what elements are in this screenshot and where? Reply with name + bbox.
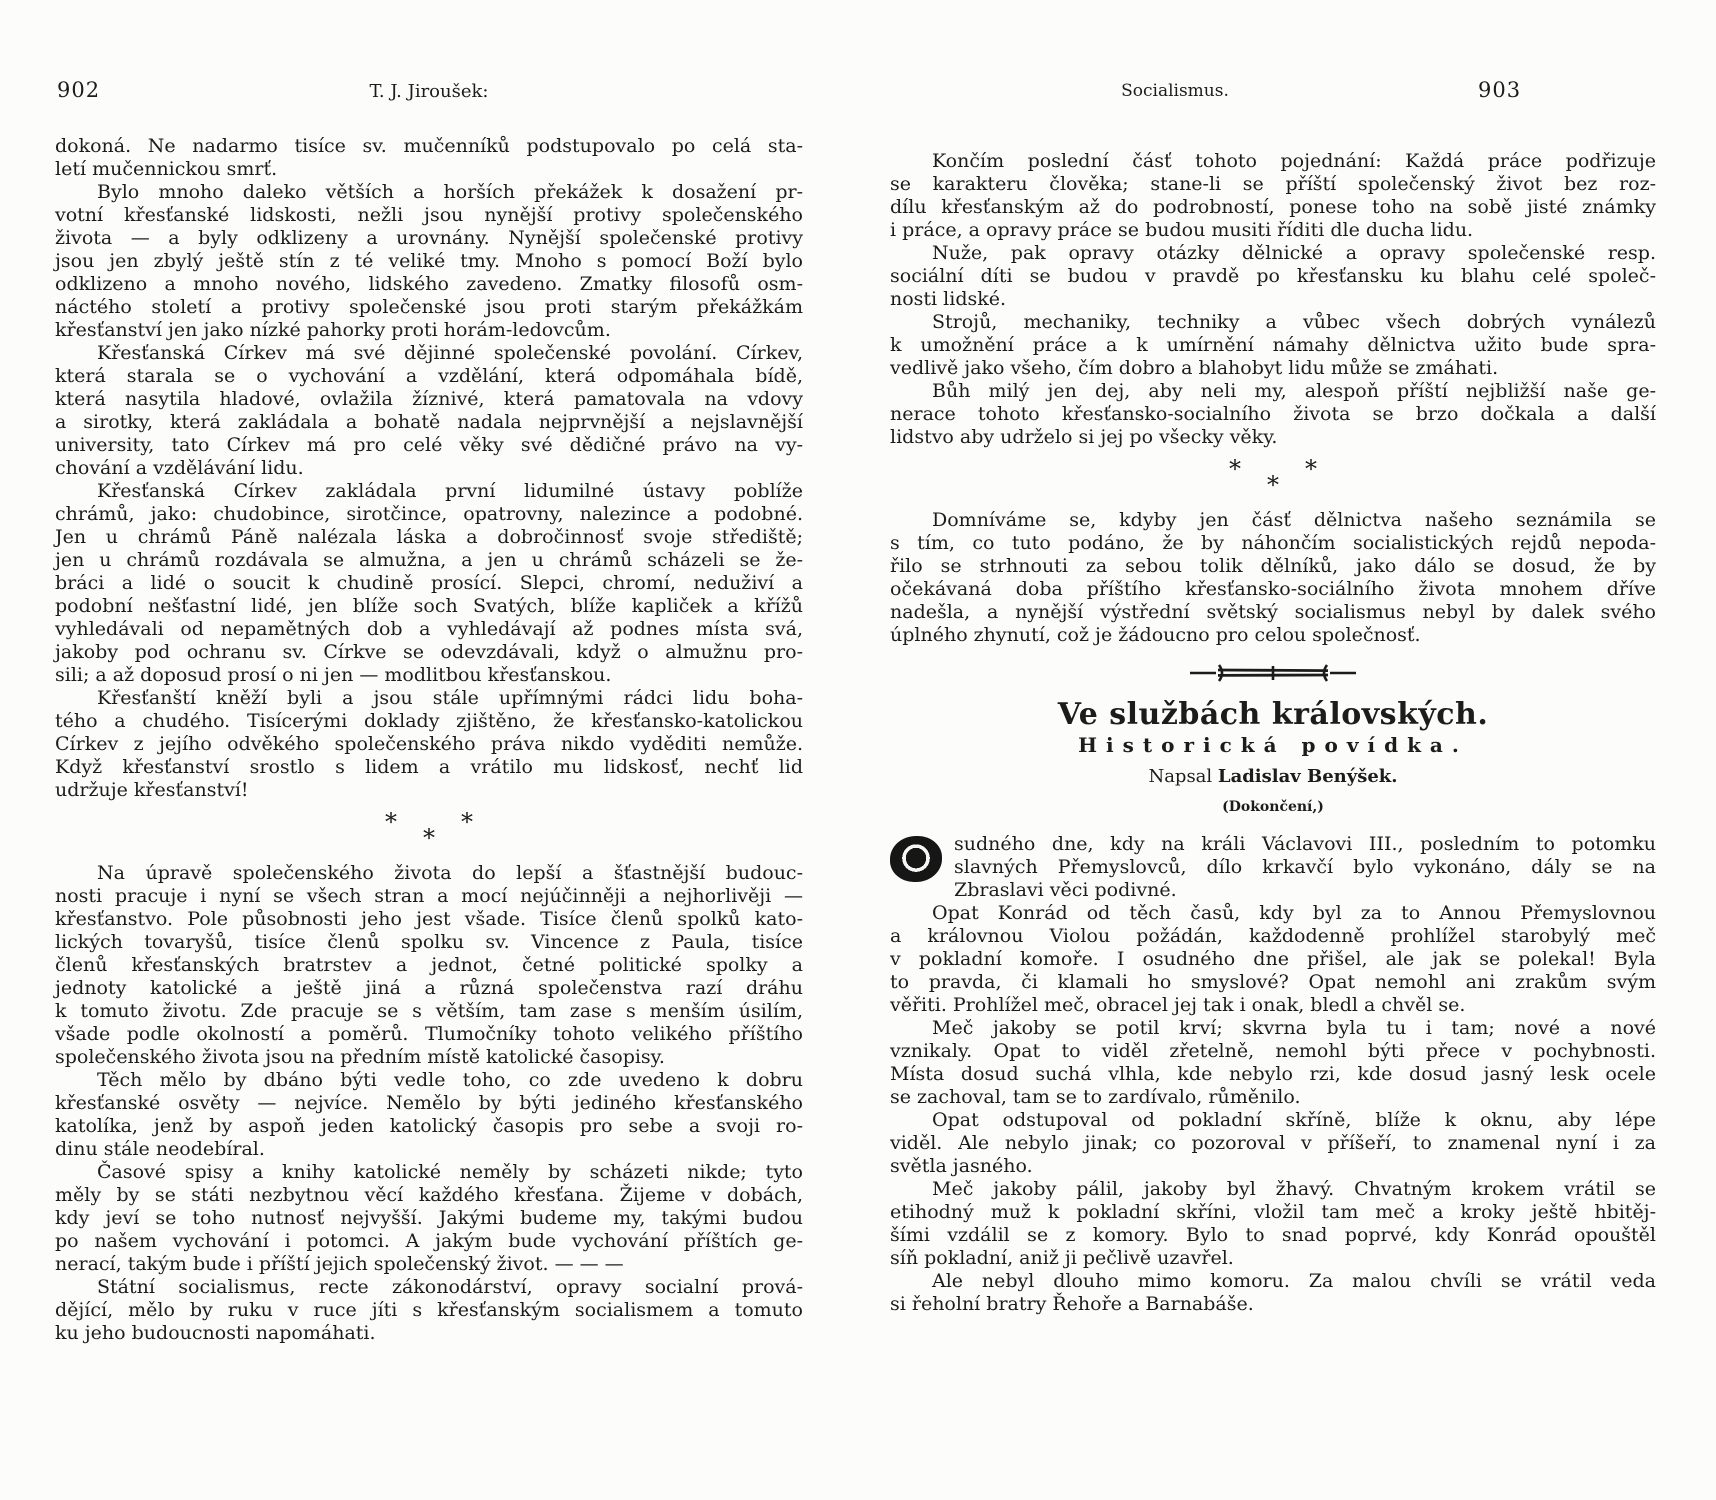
- text-line: letí mučennickou smrť.: [55, 158, 803, 181]
- asterism-bottom-row: *: [890, 477, 1656, 493]
- text-line: nosti pracuje i nyní se všech stran a mo…: [55, 885, 803, 908]
- text-line: života — a byly odklizeny a urovnány. Ny…: [55, 227, 803, 250]
- text-line: university, tato Církev má pro celé věky…: [55, 434, 803, 457]
- asterism-bottom-row: *: [55, 830, 803, 846]
- text-line: dinu stále neodebíral.: [55, 1138, 803, 1161]
- text-line: a královnou Violou požádán, každodenně p…: [890, 925, 1656, 948]
- text-line: Meč jakoby pálil, jakoby byl žhavý. Chva…: [890, 1178, 1656, 1201]
- text-line: šími vzdálil se z komory. Bylo to snad p…: [890, 1224, 1656, 1247]
- text-line: k umožnění práce a k umírnění námahy děl…: [890, 334, 1656, 357]
- paragraph: Nuže, pak opravy otázky dělnické a oprav…: [890, 242, 1656, 311]
- right-page-body: Končím poslední čásť tohoto pojednání: K…: [890, 150, 1656, 1316]
- right-page-header: Socialismus. 903: [890, 78, 1656, 108]
- text-line: jakoby pod ochranu sv. Církve se odevzdá…: [55, 641, 803, 664]
- text-line: Domníváme se, kdyby jen čásť dělnictva n…: [890, 509, 1656, 532]
- paragraph: Bylo mnoho daleko větších a horších přek…: [55, 181, 803, 342]
- text-line: vedlivě jako všeho, čím dobro a blahobyt…: [890, 357, 1656, 380]
- text-line: Strojů, mechaniky, techniky a vůbec všec…: [890, 311, 1656, 334]
- text-line: společenského života jsou na předním mís…: [55, 1046, 803, 1069]
- text-line: i práce, a opravy práce se budou musiti …: [890, 219, 1656, 242]
- text-line: všade podle okolností a poměrů. Tlumoční…: [55, 1023, 803, 1046]
- text-line: která starala se o vychování a vzdělání,…: [55, 365, 803, 388]
- asterisk: *: [423, 824, 435, 852]
- paragraph: Bůh milý jen dej, aby neli my, alespoň p…: [890, 380, 1656, 449]
- text-line: podobní nešťastní lidé, jen blíže soch S…: [55, 595, 803, 618]
- asterisk: *: [461, 814, 473, 830]
- paragraph: dokoná. Ne nadarmo tisíce sv. mučenníků …: [55, 135, 803, 181]
- paragraph: Křesťanská Církev zakládala první lidumi…: [55, 480, 803, 687]
- text-line: katolíka, jenž by aspoň jeden katolický …: [55, 1115, 803, 1138]
- text-line: dílu křesťanským až do podrobností, pone…: [890, 196, 1656, 219]
- divider-rule-graphic: [1188, 663, 1358, 683]
- text-line: Křesťanská Církev má své dějinné společe…: [55, 342, 803, 365]
- text-line: světla jasného.: [890, 1155, 1656, 1178]
- text-line: Bylo mnoho daleko větších a horších přek…: [55, 181, 803, 204]
- text-line: Když křesťanství srostlo s lidem a vráti…: [55, 756, 803, 779]
- text-line: ku jeho budoucnosti napomáhati.: [55, 1322, 803, 1345]
- text-line: Na úpravě společenského života do lepší …: [55, 862, 803, 885]
- text-line: to pravda, či klamali ho smyslové? Opat …: [890, 971, 1656, 994]
- completion-note: (Dokončení,): [890, 796, 1656, 819]
- story-title: Ve službách královských.: [890, 703, 1656, 726]
- paragraph: Ale nebyl dlouho mimo komoru. Za malou c…: [890, 1270, 1656, 1316]
- text-line: votní křesťanské lidskosti, nežli jsou n…: [55, 204, 803, 227]
- text-line: věřiti. Prohlížel meč, obracel jej tak i…: [890, 994, 1656, 1017]
- text-line: chování a vzdělávání lidu.: [55, 457, 803, 480]
- text-line: Končím poslední čásť tohoto pojednání: K…: [890, 150, 1656, 173]
- book-spread: 902 T. J. Jiroušek: dokoná. Ne nadarmo t…: [0, 0, 1716, 1500]
- text-line: s tím, co tuto podáno, že by náhončím so…: [890, 532, 1656, 555]
- story-subtitle: Historická povídka.: [890, 734, 1656, 757]
- text-line: Státní socialismus, recte zákonodárství,…: [55, 1276, 803, 1299]
- text-line: očekávaná doba příštího křesťansko-sociá…: [890, 578, 1656, 601]
- text-line: Církev z jejího odvěkého společenského p…: [55, 733, 803, 756]
- text-line: sudného dne, kdy na králi Václavovi III.…: [890, 833, 1656, 856]
- text-line: Těch mělo by dbáno býti vedle toho, co z…: [55, 1069, 803, 1092]
- text-line: Opat Konrád od těch časů, kdy byl za to …: [890, 902, 1656, 925]
- asterisk: *: [1267, 471, 1279, 499]
- text-line: vyhledávali od nepamětných dob a vyhledá…: [55, 618, 803, 641]
- text-line: sili; a až doposud prosí o ni jen — modl…: [55, 664, 803, 687]
- byline-author: Ladislav Benýšek.: [1218, 766, 1398, 787]
- running-title-chapter: Socialismus.: [1121, 81, 1229, 101]
- text-line: se zachoval, tam se to zardívalo, růměni…: [890, 1086, 1656, 1109]
- text-line: jen u chrámů rozdávala se almužna, a jen…: [55, 549, 803, 572]
- story-byline: Napsal Ladislav Benýšek.: [890, 765, 1656, 788]
- paragraph: Meč jakoby pálil, jakoby byl žhavý. Chva…: [890, 1178, 1656, 1270]
- asterisk: *: [1305, 461, 1317, 477]
- paragraph: Státní socialismus, recte zákonodárství,…: [55, 1276, 803, 1345]
- paragraph: Křesťanská Církev má své dějinné společe…: [55, 342, 803, 480]
- asterism-separator: ***: [890, 461, 1656, 493]
- paragraph: Na úpravě společenského života do lepší …: [55, 862, 803, 1069]
- paragraph: Strojů, mechaniky, techniky a vůbec všec…: [890, 311, 1656, 380]
- left-page-body: dokoná. Ne nadarmo tisíce sv. mučenníků …: [55, 135, 803, 1345]
- text-line: Zbraslavi věci podivné.: [890, 879, 1656, 902]
- text-line: křesťanstvo. Pole působnosti jeho jest v…: [55, 908, 803, 931]
- text-line: nadešla, a nynější výstřední světský soc…: [890, 601, 1656, 624]
- paragraph: Domníváme se, kdyby jen čásť dělnictva n…: [890, 509, 1656, 647]
- page-number-right: 903: [1478, 78, 1521, 102]
- text-line: síň pokladní, aniž ji pečlivě uzavřel.: [890, 1247, 1656, 1270]
- text-line: členů křesťanských bratrstev a jednot, č…: [55, 954, 803, 977]
- text-line: Křesťanská Církev zakládala první lidumi…: [55, 480, 803, 503]
- byline-prefix: Napsal: [1148, 766, 1212, 787]
- text-line: sociální díti se budou v pravdě po křesť…: [890, 265, 1656, 288]
- text-line: bráci a lidé o soucit k chudině prosící.…: [55, 572, 803, 595]
- text-line: k tomuto životu. Zde pracuje se s větším…: [55, 1000, 803, 1023]
- left-page: 902 T. J. Jiroušek: dokoná. Ne nadarmo t…: [55, 78, 803, 1345]
- text-line: nerace tohoto křesťansko-socialního živo…: [890, 403, 1656, 426]
- paragraph: Časové spisy a knihy katolické neměly by…: [55, 1161, 803, 1276]
- text-line: náctého století a protivy společenské js…: [55, 296, 803, 319]
- paragraph: Opat Konrád od těch časů, kdy byl za to …: [890, 902, 1656, 1017]
- text-line: v pokladní komoře. I osudného dne přišel…: [890, 948, 1656, 971]
- left-page-header: 902 T. J. Jiroušek:: [55, 78, 803, 108]
- text-line: křesťanství jen jako nízké pahorky proti…: [55, 319, 803, 342]
- text-line: odklizeno a mnoho nového, lidského zaved…: [55, 273, 803, 296]
- text-line: nosti lidské.: [890, 288, 1656, 311]
- text-line: Jen u chrámů Páně nalézala láska a dobro…: [55, 526, 803, 549]
- text-line: tého a chudého. Tisícerými doklady zjišt…: [55, 710, 803, 733]
- text-line: vznikaly. Opat to viděl zřetelně, nemohl…: [890, 1040, 1656, 1063]
- text-line: kdy jeví se toho nutnosť nejvyšší. Jakým…: [55, 1207, 803, 1230]
- text-line: měly by se státi nezbytnou věcí každého …: [55, 1184, 803, 1207]
- text-line: viděl. Ale nebylo jinak; co pozoroval v …: [890, 1132, 1656, 1155]
- paragraph: Těch mělo by dbáno býti vedle toho, co z…: [55, 1069, 803, 1161]
- text-line: dějící, mělo by ruku v ruce jíti s křesť…: [55, 1299, 803, 1322]
- text-line: chrámů, jako: chudobince, sirotčince, op…: [55, 503, 803, 526]
- text-line: Křesťanští kněží byli a jsou stále upřím…: [55, 687, 803, 710]
- text-line: která nasytila hladové, ovlažila žíznivé…: [55, 388, 803, 411]
- text-line: jsou jen zbylý ještě stín z té veliké tm…: [55, 250, 803, 273]
- text-line: Bůh milý jen dej, aby neli my, alespoň p…: [890, 380, 1656, 403]
- text-line: nerací, takým bude i příští jejich spole…: [55, 1253, 803, 1276]
- story-opening-paragraph: Osudného dne, kdy na králi Václavovi III…: [890, 833, 1656, 902]
- text-line: dokoná. Ne nadarmo tisíce sv. mučenníků …: [55, 135, 803, 158]
- text-line: po našem vychování i potomci. A jakým bu…: [55, 1230, 803, 1253]
- text-line: Časové spisy a knihy katolické neměly by…: [55, 1161, 803, 1184]
- text-line: se karakteru člověka; stane-li se příští…: [890, 173, 1656, 196]
- paragraph: Křesťanští kněží byli a jsou stále upřím…: [55, 687, 803, 802]
- text-line: a sirotky, která zakládala a bohatě nada…: [55, 411, 803, 434]
- ornamental-initial-o: O: [890, 836, 942, 882]
- text-line: Meč jakoby se potil krví; skvrna byla tu…: [890, 1017, 1656, 1040]
- text-line: Nuže, pak opravy otázky dělnické a oprav…: [890, 242, 1656, 265]
- text-line: lidstvo aby udrželo si jej po všecky věk…: [890, 426, 1656, 449]
- text-line: etihodný muž k pokladní skříni, vložil t…: [890, 1201, 1656, 1224]
- asterism-separator: ***: [55, 814, 803, 846]
- asterisk: *: [385, 814, 397, 830]
- text-line: Ale nebyl dlouho mimo komoru. Za malou c…: [890, 1270, 1656, 1293]
- paragraph: Meč jakoby se potil krví; skvrna byla tu…: [890, 1017, 1656, 1109]
- paragraph: Opat odstupoval od pokladní skříně, blíž…: [890, 1109, 1656, 1178]
- text-line: jednoty katolické a ještě jiná a různá s…: [55, 977, 803, 1000]
- text-line: řilo se strhnouti za sebou tolik dělníků…: [890, 555, 1656, 578]
- text-line: udržuje křesťanství!: [55, 779, 803, 802]
- text-line: Opat odstupoval od pokladní skříně, blíž…: [890, 1109, 1656, 1132]
- text-line: Místa dosud suchá vlhla, kde nebylo rzi,…: [890, 1063, 1656, 1086]
- text-line: úplného zhynutí, což je žádoucno pro cel…: [890, 624, 1656, 647]
- paragraph: Končím poslední čásť tohoto pojednání: K…: [890, 150, 1656, 242]
- page-number-left: 902: [57, 78, 100, 102]
- right-page: Socialismus. 903 Končím poslední čásť to…: [890, 78, 1656, 1316]
- text-line: lických tovaryšů, tisíce členů spolku sv…: [55, 931, 803, 954]
- running-title-author: T. J. Jiroušek:: [370, 81, 489, 102]
- text-line: si řeholní bratry Řehoře a Barnabáše.: [890, 1293, 1656, 1316]
- section-divider-ornament: [890, 663, 1656, 683]
- text-line: křesťanské osvěty — nejvíce. Nemělo by b…: [55, 1092, 803, 1115]
- text-line: slavných Přemyslovců, dílo krkavčí bylo …: [890, 856, 1656, 879]
- asterisk: *: [1229, 461, 1241, 477]
